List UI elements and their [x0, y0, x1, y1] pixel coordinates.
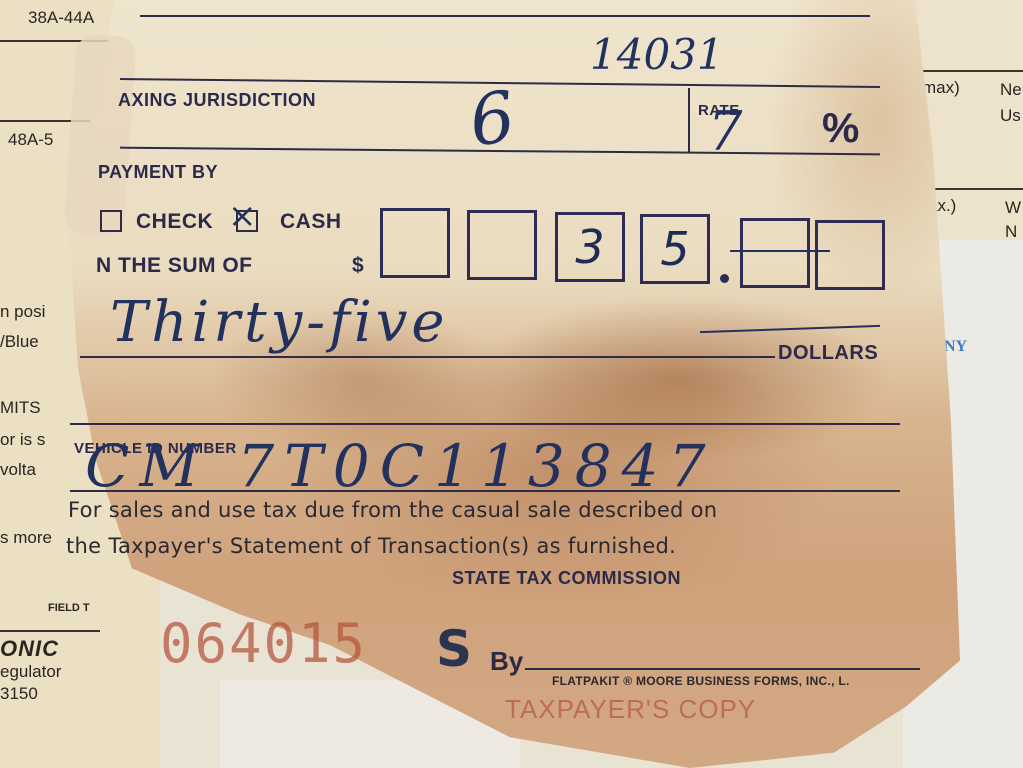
blue-text: NY [944, 338, 967, 356]
currency-symbol: $ [352, 254, 364, 278]
amount-rule [80, 356, 775, 358]
signature-line [525, 668, 920, 670]
form-code: 48A-5 [8, 130, 53, 150]
fragment-text: n posi [0, 302, 45, 322]
cash-label: CASH [280, 210, 342, 234]
fragment-text: s more [0, 528, 52, 548]
check-checkbox[interactable] [100, 210, 122, 232]
fragment-text: W [1005, 198, 1021, 218]
form-rule [70, 490, 900, 492]
cents-strike [730, 250, 830, 252]
amount-digit-box[interactable]: 3 [555, 212, 625, 282]
amount-digit-box[interactable] [380, 208, 450, 278]
divider [928, 188, 1023, 190]
sum-label: N THE SUM OF [96, 254, 253, 278]
printer-imprint: FLATPAKIT ® MOORE BUSINESS FORMS, INC., … [552, 674, 850, 688]
divider [0, 630, 100, 632]
amount-digit-box[interactable] [815, 220, 885, 290]
fragment-text: max) [922, 78, 960, 98]
amount-digit-box[interactable] [740, 218, 810, 288]
form-code: 38A-44A [28, 8, 94, 28]
product-text: egulator [0, 662, 61, 682]
serial-number-stamp: 064015 [160, 612, 367, 675]
check-label: CHECK [136, 210, 213, 234]
taxing-jurisdiction-label: AXING JURISDICTION [118, 90, 316, 111]
written-amount: Thirty-five [110, 290, 449, 355]
fragment-text: Us [1000, 106, 1021, 126]
taxpayer-copy-stamp: TAXPAYER'S COPY [505, 694, 756, 725]
brand-text: ONIC [0, 636, 59, 662]
serial-suffix: S [436, 620, 472, 678]
fragment-text: N [1005, 222, 1017, 242]
fragment-text: /Blue [0, 332, 39, 352]
amount-digit-box[interactable]: 5 [640, 214, 710, 284]
by-label: By [490, 646, 523, 677]
statement-line-1: For sales and use tax due from the casua… [68, 498, 717, 522]
handwritten-number: 14031 [590, 30, 724, 79]
checkmark-x-icon: × [228, 196, 257, 236]
percent-symbol: % [822, 104, 859, 152]
field-label: FIELD T [48, 602, 90, 614]
statement-line-2: the Taxpayer's Statement of Transaction(… [66, 534, 676, 558]
issuer-label: STATE TAX COMMISSION [452, 568, 681, 589]
form-rule [140, 15, 870, 17]
fragment-text: or is s [0, 430, 45, 450]
amount-digit-box[interactable] [467, 210, 537, 280]
divider [920, 70, 1023, 72]
dollars-label: DOLLARS [778, 342, 878, 365]
fragment-text: Ne [1000, 80, 1022, 100]
fragment-text: volta [0, 460, 36, 480]
product-text: 3150 [0, 684, 38, 704]
decimal-point [720, 274, 729, 283]
payment-by-label: PAYMENT BY [98, 162, 218, 183]
rate-divider [688, 88, 690, 152]
form-rule [70, 423, 900, 425]
fragment-text: MITS [0, 398, 41, 418]
